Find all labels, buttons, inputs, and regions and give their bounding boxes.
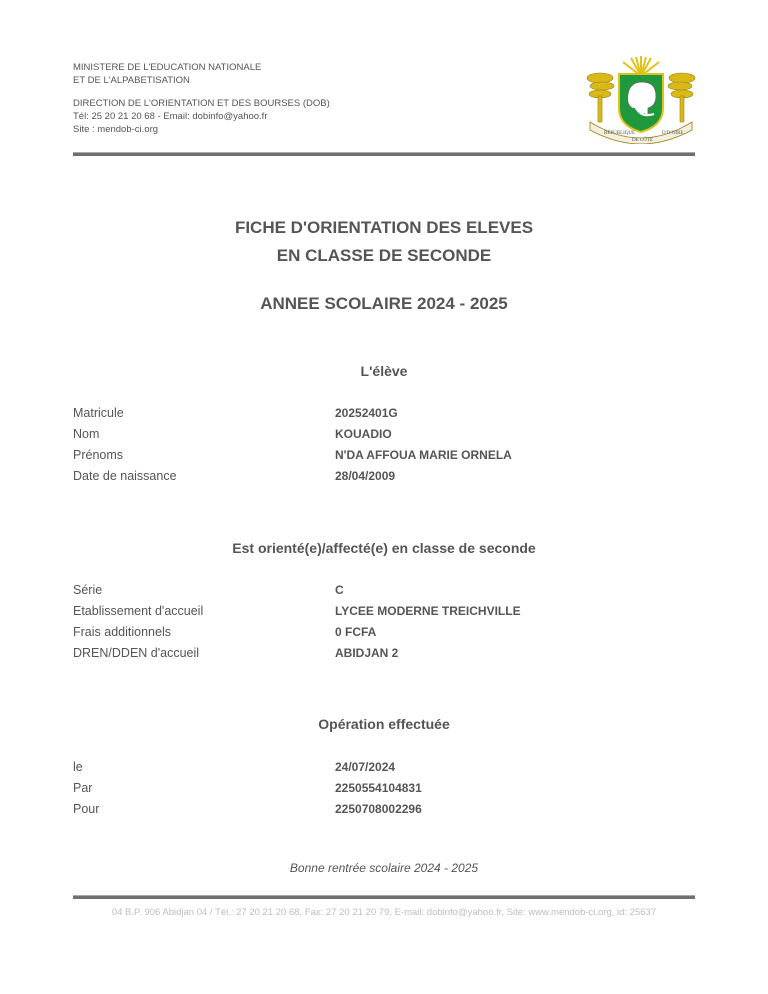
svg-text:D'IVOIRE: D'IVOIRE	[662, 131, 683, 136]
row-label: Frais additionnels	[73, 625, 335, 639]
direction-contact: Tél: 25 20 21 20 68 - Email: dobinfo@yah…	[73, 110, 330, 123]
info-row-date: le 24/07/2024	[73, 756, 673, 777]
title-line-1: FICHE D'ORIENTATION DES ELEVES	[0, 214, 768, 242]
school-year-title: ANNEE SCOLAIRE 2024 - 2025	[0, 294, 768, 314]
row-value: 24/07/2024	[335, 760, 395, 774]
row-value: N'DA AFFOUA MARIE ORNELA	[335, 448, 512, 462]
svg-text:RÉPUBLIQUE: RÉPUBLIQUE	[604, 130, 635, 136]
ministry-line-2: ET DE L'ALPABETISATION	[73, 74, 330, 87]
info-row-nom: Nom KOUADIO	[73, 423, 673, 444]
row-value: 20252401G	[335, 406, 398, 420]
row-label: Etablissement d'accueil	[73, 604, 335, 618]
info-row-pour: Pour 2250708002296	[73, 798, 673, 819]
footer-contact: 04 B.P. 906 Abidjan 04 / Tél.: 27 20 21 …	[0, 907, 768, 918]
ministry-header: MINISTERE DE L'EDUCATION NATIONALE ET DE…	[73, 61, 330, 136]
row-label: Prénoms	[73, 448, 335, 462]
row-value: 2250554104831	[335, 781, 422, 795]
row-label: Par	[73, 781, 335, 795]
info-row-matricule: Matricule 20252401G	[73, 402, 673, 423]
assignment-section-heading: Est orienté(e)/affecté(e) en classe de s…	[0, 540, 768, 556]
info-row-par: Par 2250554104831	[73, 777, 673, 798]
info-row-etablissement: Etablissement d'accueil LYCEE MODERNE TR…	[73, 600, 673, 621]
document-title: FICHE D'ORIENTATION DES ELEVES EN CLASSE…	[0, 214, 768, 270]
row-label: Pour	[73, 802, 335, 816]
row-value: 2250708002296	[335, 802, 422, 816]
student-section-heading: L'élève	[0, 363, 768, 379]
row-label: Date de naissance	[73, 469, 335, 483]
row-value: LYCEE MODERNE TREICHVILLE	[335, 604, 521, 618]
closing-message: Bonne rentrée scolaire 2024 - 2025	[0, 861, 768, 875]
row-label: Matricule	[73, 406, 335, 420]
row-value: 28/04/2009	[335, 469, 395, 483]
header-divider	[73, 152, 695, 156]
student-info: Matricule 20252401G Nom KOUADIO Prénoms …	[73, 402, 673, 486]
info-row-frais: Frais additionnels 0 FCFA	[73, 621, 673, 642]
row-value: KOUADIO	[335, 427, 392, 441]
operation-section-heading: Opération effectuée	[0, 716, 768, 732]
row-value: C	[335, 583, 344, 597]
row-value: 0 FCFA	[335, 625, 376, 639]
title-line-2: EN CLASSE DE SECONDE	[0, 242, 768, 270]
ministry-line-1: MINISTERE DE L'EDUCATION NATIONALE	[73, 61, 330, 74]
row-label: Nom	[73, 427, 335, 441]
svg-text:DE CÔTE: DE CÔTE	[632, 137, 653, 143]
row-label: le	[73, 760, 335, 774]
direction-site: Site : mendob-ci.org	[73, 123, 330, 136]
info-row-prenoms: Prénoms N'DA AFFOUA MARIE ORNELA	[73, 444, 673, 465]
info-row-dren: DREN/DDEN d'accueil ABIDJAN 2	[73, 642, 673, 663]
info-row-serie: Série C	[73, 579, 673, 600]
footer-divider	[73, 895, 695, 899]
row-value: ABIDJAN 2	[335, 646, 398, 660]
row-label: DREN/DDEN d'accueil	[73, 646, 335, 660]
direction-name: DIRECTION DE L'ORIENTATION ET DES BOURSE…	[73, 97, 330, 110]
row-label: Série	[73, 583, 335, 597]
info-row-date-naissance: Date de naissance 28/04/2009	[73, 465, 673, 486]
assignment-info: Série C Etablissement d'accueil LYCEE MO…	[73, 579, 673, 663]
coat-of-arms-icon: RÉPUBLIQUE DE CÔTE D'IVOIRE	[586, 52, 696, 144]
operation-info: le 24/07/2024 Par 2250554104831 Pour 225…	[73, 756, 673, 819]
